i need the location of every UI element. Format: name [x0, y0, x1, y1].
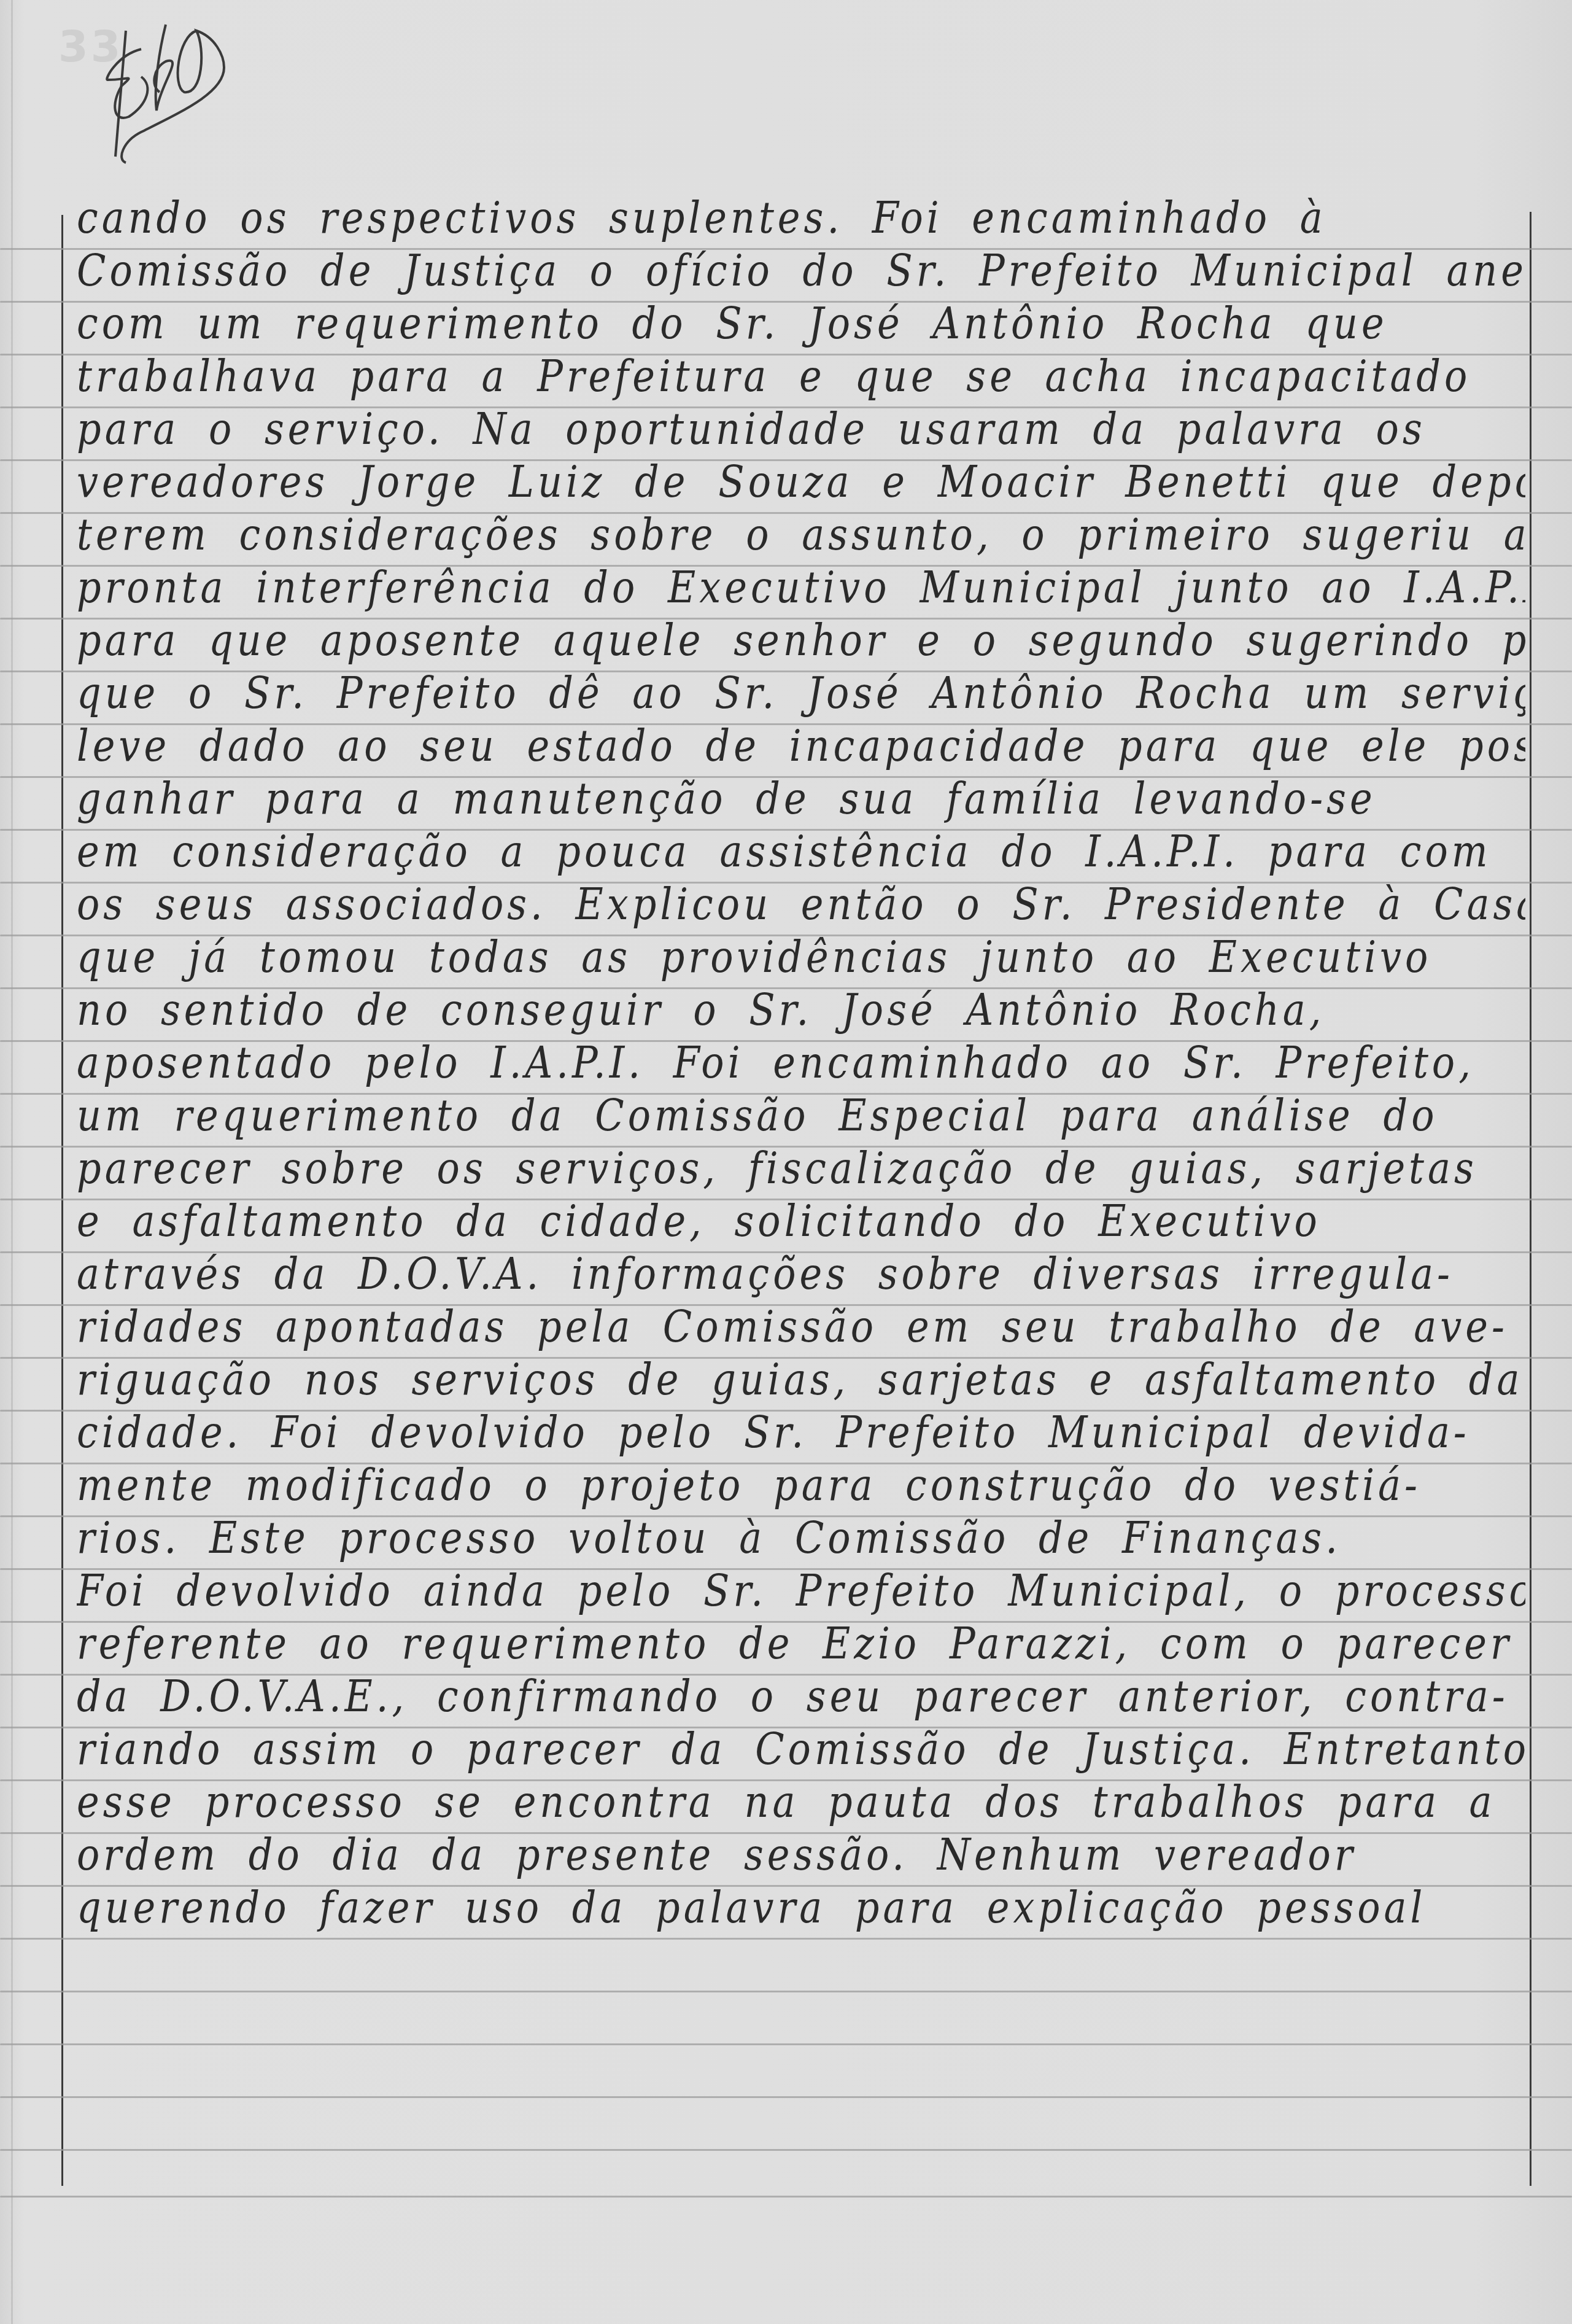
text-line: vereadores Jorge Luiz de Souza e Moacir … [77, 451, 1525, 512]
text-line: terem considerações sobre o assunto, o p… [77, 504, 1525, 565]
text-line: mente modificado o projeto para construç… [77, 1455, 1525, 1515]
left-margin-line [61, 215, 63, 2186]
text-line: parecer sobre os serviços, fiscalização … [77, 1138, 1525, 1199]
text-line: ganhar para a manutenção de sua família … [77, 768, 1525, 829]
text-line: para que aposente aquele senhor e o segu… [77, 610, 1525, 670]
text-line: e asfaltamento da cidade, solicitando do… [77, 1191, 1525, 1251]
ruled-line [0, 2096, 1572, 2098]
text-line: ordem do dia da presente sessão. Nenhum … [77, 1824, 1525, 1885]
text-line: que já tomou todas as providências junto… [77, 927, 1525, 987]
text-line: cando os respectivos suplentes. Foi enca… [77, 187, 1525, 248]
text-line: que o Sr. Prefeito dê ao Sr. José Antôni… [77, 663, 1525, 723]
text-line: querendo fazer uso da palavra para expli… [77, 1877, 1525, 1938]
page-edge [11, 0, 13, 2324]
text-line: no sentido de conseguir o Sr. José Antôn… [77, 979, 1525, 1040]
text-line: um requerimento da Comissão Especial par… [77, 1085, 1525, 1146]
text-line: Comissão de Justiça o ofício do Sr. Pref… [77, 240, 1525, 301]
text-line: da D.O.V.A.E., confirmando o seu parecer… [77, 1666, 1525, 1727]
ruled-line [0, 2196, 1572, 2198]
document-page: 33 cando os respectivos suplentes. Foi e… [0, 0, 1572, 2324]
text-line: em consideração a pouca assistência do I… [77, 821, 1525, 882]
text-line: com um requerimento do Sr. José Antônio … [77, 293, 1525, 354]
text-line: para o serviço. Na oportunidade usaram d… [77, 398, 1525, 459]
text-line: através da D.O.V.A. informações sobre di… [77, 1243, 1525, 1304]
ruled-line [0, 1938, 1572, 1940]
signature-icon [92, 12, 252, 166]
ruled-line [0, 1991, 1572, 1992]
text-line: trabalhava para a Prefeitura e que se ac… [77, 346, 1525, 406]
text-line: esse processo se encontra na pauta dos t… [77, 1771, 1525, 1832]
text-line: referente ao requerimento de Ezio Parazz… [77, 1613, 1525, 1674]
text-line: cidade. Foi devolvido pelo Sr. Prefeito … [77, 1402, 1525, 1463]
text-line: riando assim o parecer da Comissão de Ju… [77, 1719, 1525, 1779]
ruled-line [0, 2149, 1572, 2151]
text-line: pronta interferência do Executivo Munici… [77, 557, 1525, 618]
text-line: riguação nos serviços de guias, sarjetas… [77, 1349, 1525, 1410]
text-line: os seus associados. Explicou então o Sr.… [77, 874, 1525, 935]
text-line: ridades apontadas pela Comissão em seu t… [77, 1296, 1525, 1357]
text-line: aposentado pelo I.A.P.I. Foi encaminhado… [77, 1032, 1525, 1093]
text-line: rios. Este processo voltou à Comissão de… [77, 1507, 1525, 1568]
text-line: leve dado ao seu estado de incapacidade … [77, 715, 1525, 776]
text-line: Foi devolvido ainda pelo Sr. Prefeito Mu… [77, 1560, 1525, 1621]
handwritten-text-body: cando os respectivos suplentes. Foi enca… [77, 195, 1525, 1938]
ruled-line [0, 2043, 1572, 2045]
